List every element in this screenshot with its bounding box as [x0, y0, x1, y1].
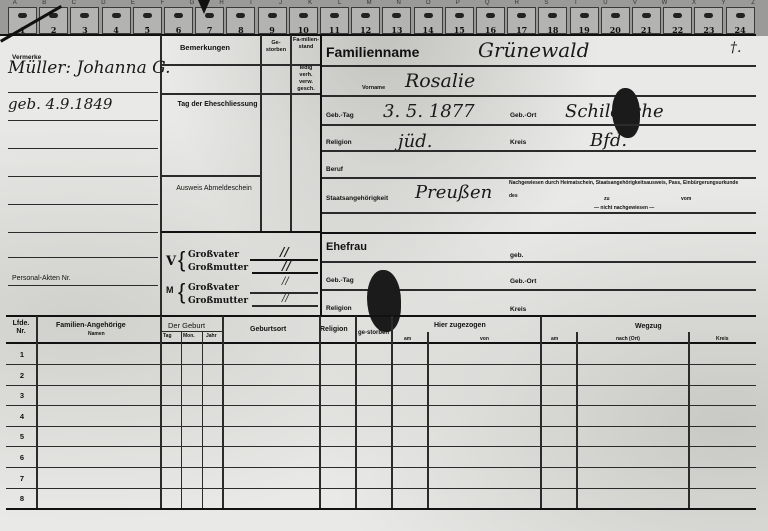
hier-zugezogen-header: Hier zugezogen [434, 322, 486, 329]
vermerke-line2: geb. 4.9.1849 [8, 95, 112, 113]
index-tab-6[interactable]: 6 [164, 7, 193, 34]
index-tab-18[interactable]: 18 [538, 7, 567, 34]
punch-hole-icon [611, 13, 620, 18]
punch-hole-icon [673, 13, 682, 18]
punch-hole-icon [424, 13, 433, 18]
index-tab-20[interactable]: 20 [601, 7, 630, 34]
religion-label: Religion [326, 139, 352, 146]
letter-index-M: M [354, 0, 384, 7]
index-tab-19[interactable]: 19 [570, 7, 599, 34]
familienstand-options: ledig verh. verw. gesch. [293, 65, 319, 93]
index-tab-16[interactable]: 16 [476, 7, 505, 34]
letter-index-D: D [89, 0, 119, 7]
punch-hole-icon [330, 13, 339, 18]
gebort-label: Geb.-Ort [510, 112, 536, 119]
grossmutter-v-label: Großmutter [188, 263, 248, 273]
grossmutter-v-value: // [282, 259, 291, 273]
letter-index-H: H [207, 0, 237, 7]
index-tab-22[interactable]: 22 [663, 7, 692, 34]
v-marker: V [166, 254, 176, 269]
ausweis-label: Ausweis Abmeldeschein [168, 184, 260, 194]
corner-mark: †. [730, 40, 741, 56]
letter-index-O: O [413, 0, 443, 7]
letter-index-J: J [266, 0, 296, 7]
index-tab-4[interactable]: 4 [102, 7, 131, 34]
row-number: 7 [16, 474, 28, 483]
spouse-geb-label: geb. [510, 252, 523, 259]
letter-index-S: S [532, 0, 562, 7]
namen-header: Namen [88, 331, 105, 338]
row-number: 5 [16, 432, 28, 441]
gebtag-label: Geb.-Tag [326, 112, 354, 119]
row-number: 6 [16, 453, 28, 462]
spouse-religion-label: Religion [326, 305, 352, 312]
row-number: 2 [16, 371, 28, 380]
brace-v: { [178, 247, 185, 273]
punch-hole-icon [548, 13, 557, 18]
kreis-value: Bfd. [590, 130, 627, 151]
eheschliessung-label: Tag der Eheschliessung [175, 100, 260, 109]
letter-index-W: W [650, 0, 680, 7]
index-tab-14[interactable]: 14 [414, 7, 443, 34]
table-row: 7 [6, 468, 756, 488]
punch-hole-icon [580, 13, 589, 18]
staatsangehoerigkeit-label: Staatsangehörigkeit [326, 195, 388, 202]
vorname-label: Vorname [362, 85, 385, 92]
mon-header: Mon. [183, 333, 195, 340]
letter-index-Z: Z [738, 0, 768, 7]
religion-header: Religion [320, 326, 348, 333]
letter-index-K: K [295, 0, 325, 7]
vom-label: vom [681, 196, 691, 203]
punch-hole-icon [736, 13, 745, 18]
row-number: 1 [16, 350, 28, 359]
letter-index-L: L [325, 0, 355, 7]
familienname-value: Grünewald [478, 38, 589, 62]
punch-hole-icon [517, 13, 526, 18]
registration-card: ABCDEFGHIJKLMNOPQRSTUVWXYZ 1234567891011… [0, 0, 768, 531]
punch-hole-icon [143, 13, 152, 18]
spouse-gebort-label: Geb.-Ort [510, 278, 536, 285]
index-tab-15[interactable]: 15 [445, 7, 474, 34]
familien-angehoerige-header: Familien-Angehörige [56, 322, 126, 329]
punch-hole-icon [80, 13, 89, 18]
table-row: 5 [6, 426, 756, 446]
punch-hole-icon [236, 13, 245, 18]
index-tab-8[interactable]: 8 [226, 7, 255, 34]
row-number: 4 [16, 412, 28, 421]
index-tab-10[interactable]: 10 [289, 7, 318, 34]
letter-index-F: F [148, 0, 178, 7]
tab-marker-arrow-icon [198, 0, 210, 14]
tag-header: Tag [163, 333, 172, 340]
letter-index-E: E [118, 0, 148, 7]
index-tab-17[interactable]: 17 [507, 7, 536, 34]
grossmutter-m-value: // [282, 293, 289, 304]
m-marker: M [166, 285, 174, 295]
index-tab-3[interactable]: 3 [70, 7, 99, 34]
der-geburt-header: Der Geburt [168, 321, 205, 330]
vorname-value: Rosalie [405, 70, 475, 92]
table-row: 3 [6, 385, 756, 405]
zu-label: zu [604, 196, 610, 203]
letter-index-C: C [59, 0, 89, 7]
grossmutter-m-label: Großmutter [188, 296, 248, 306]
punch-hole-icon [361, 13, 370, 18]
nicht-nachgewiesen: — nicht nachgewiesen — [594, 205, 654, 212]
punch-hole-icon [455, 13, 464, 18]
brace-m: { [178, 279, 185, 305]
letter-index-R: R [502, 0, 532, 7]
index-tab-strip: ABCDEFGHIJKLMNOPQRSTUVWXYZ 1234567891011… [0, 0, 768, 36]
table-row: 6 [6, 447, 756, 467]
letter-index-V: V [620, 0, 650, 7]
punch-hole-icon [642, 13, 651, 18]
letter-index-I: I [236, 0, 266, 7]
table-row: 1 [6, 344, 756, 364]
wegzug-header: Wegzug [635, 323, 662, 330]
letter-index-Y: Y [709, 0, 739, 7]
index-tab-5[interactable]: 5 [133, 7, 162, 34]
gestorben-header: ge-storben [358, 330, 389, 337]
religion-value: jüd. [398, 131, 432, 152]
ehefrau-label: Ehefrau [326, 241, 367, 253]
letter-index-B: B [30, 0, 60, 7]
letter-index-N: N [384, 0, 414, 7]
vermerke-line1: Müller: Johanna G. [8, 58, 171, 78]
gestorben-label: Ge-storben [262, 40, 290, 54]
index-tab-13[interactable]: 13 [382, 7, 411, 34]
index-tab-24[interactable]: 24 [726, 7, 755, 34]
letter-index-A: A [0, 0, 30, 7]
jahr-header: Jahr [206, 333, 217, 340]
grossvater-v-value: // [280, 245, 289, 259]
punch-hole-icon [18, 13, 27, 18]
punch-hole-icon [392, 13, 401, 18]
bemerkungen-label: Bemerkungen [180, 43, 230, 52]
des-label: des [509, 193, 518, 200]
letter-index-X: X [679, 0, 709, 7]
letter-index-P: P [443, 0, 473, 7]
gebtag-value: 3. 5. 1877 [383, 101, 475, 122]
spouse-gebtag-label: Geb.-Tag [326, 277, 354, 284]
familienname-label: Familienname [326, 44, 419, 60]
index-tab-11[interactable]: 11 [320, 7, 349, 34]
letter-index-T: T [561, 0, 591, 7]
row-number: 8 [16, 494, 28, 503]
punch-hole-icon [268, 13, 277, 18]
row-number: 3 [16, 391, 28, 400]
grossvater-v-label: Großvater [188, 250, 239, 260]
letter-index: ABCDEFGHIJKLMNOPQRSTUVWXYZ [0, 0, 768, 7]
letter-index-U: U [591, 0, 621, 7]
letter-index-Q: Q [473, 0, 503, 7]
index-tab-12[interactable]: 12 [351, 7, 380, 34]
kreis-label: Kreis [510, 139, 526, 146]
punch-hole-icon [299, 13, 308, 18]
grossvater-m-label: Großvater [188, 283, 239, 293]
punch-hole-icon [112, 13, 121, 18]
spouse-kreis-label: Kreis [510, 306, 526, 313]
grossvater-m-value: // [282, 276, 289, 287]
index-tab-9[interactable]: 9 [258, 7, 287, 34]
geburtsort-header: Geburtsort [250, 326, 286, 333]
punch-hole-icon [704, 13, 713, 18]
punch-hole-icon [486, 13, 495, 18]
punch-hole-icon [174, 13, 183, 18]
personal-akten-label: Personal-Akten Nr. [12, 275, 71, 282]
beruf-label: Beruf [326, 166, 343, 173]
lfd-nr-header: Lfde. Nr. [10, 320, 32, 336]
table-row: 4 [6, 406, 756, 426]
familienstand-label: Fa-milien-stand [292, 37, 320, 51]
ink-blot-2 [367, 270, 401, 332]
index-tab-21[interactable]: 21 [632, 7, 661, 34]
staatsangehoerigkeit-value: Preußen [415, 182, 492, 203]
table-row: 8 [6, 488, 756, 508]
nachgewiesen-text: Nachgewiesen durch Heimatschein, Staatsa… [509, 180, 759, 186]
table-row: 2 [6, 365, 756, 385]
index-tab-23[interactable]: 23 [694, 7, 723, 34]
